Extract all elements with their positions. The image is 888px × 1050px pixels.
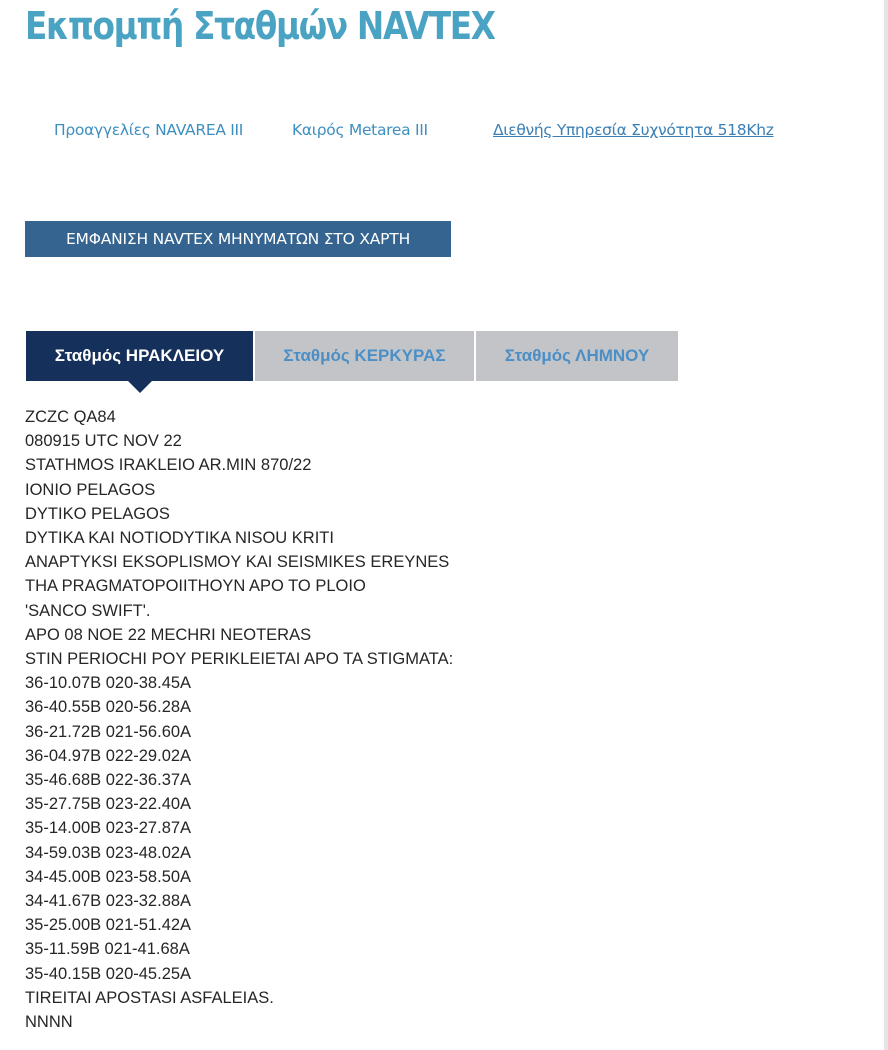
message-line: DYTIKO PELAGOS	[25, 502, 453, 526]
navtex-message: ZCZC QA84080915 UTC NOV 22STATHMOS IRAKL…	[25, 405, 453, 1034]
message-line: 'SANCO SWIFT'.	[25, 599, 453, 623]
nav-links: Προαγγελίες NAVAREA III Καιρός Metarea I…	[0, 119, 888, 141]
message-line: 36-04.97B 022-29.02A	[25, 744, 453, 768]
message-line: 36-10.07B 020-38.45A	[25, 671, 453, 695]
tab-station-kerkyra[interactable]: Σταθμός ΚΕΡΚΥΡΑΣ	[255, 331, 474, 381]
message-line: 35-11.59B 021-41.68A	[25, 937, 453, 961]
link-metarea-weather[interactable]: Καιρός Metarea III	[292, 119, 428, 141]
message-line: 35-25.00B 021-51.42A	[25, 913, 453, 937]
message-line: STIN PERIOCHI POY PERIKLEIETAI APO TA ST…	[25, 647, 453, 671]
link-international-518khz[interactable]: Διεθνής Υπηρεσία Συχνότητα 518Khz	[493, 119, 774, 141]
message-line: NNNN	[25, 1010, 453, 1034]
message-line: THA PRAGMATOPOIITHOYN APO TO PLOIO	[25, 574, 453, 598]
scrollbar-track[interactable]	[884, 0, 888, 1050]
show-messages-on-map-button[interactable]: ΕΜΦΑΝΙΣΗ NAVTEX ΜΗΝΥΜΑΤΩΝ ΣΤΟ ΧΑΡΤΗ	[25, 221, 451, 257]
message-line: 35-46.68B 022-36.37A	[25, 768, 453, 792]
tab-station-limnos[interactable]: Σταθμός ΛΗΜΝΟΥ	[476, 331, 678, 381]
message-line: ANAPTYKSI EKSOPLISMOY KAI SEISMIKES EREY…	[25, 550, 453, 574]
message-line: 080915 UTC NOV 22	[25, 429, 453, 453]
tab-station-irakleio[interactable]: Σταθμός ΗΡΑΚΛΕΙΟΥ	[26, 331, 253, 381]
page-title: Εκπομπή Σταθμών NAVTEX	[25, 2, 495, 50]
message-line: TIREITAI APOSTASI ASFALEIAS.	[25, 986, 453, 1010]
message-line: STATHMOS IRAKLEIO AR.MIN 870/22	[25, 453, 453, 477]
message-line: APO 08 NOE 22 MECHRI NEOTERAS	[25, 623, 453, 647]
message-line: 35-27.75B 023-22.40A	[25, 792, 453, 816]
message-line: 34-41.67B 023-32.88A	[25, 889, 453, 913]
message-line: 35-14.00B 023-27.87A	[25, 816, 453, 840]
message-line: 34-59.03B 023-48.02A	[25, 841, 453, 865]
message-line: 34-45.00B 023-58.50A	[25, 865, 453, 889]
message-line: IONIO PELAGOS	[25, 478, 453, 502]
message-line: 36-21.72B 021-56.60A	[25, 720, 453, 744]
message-line: 35-40.15B 020-45.25A	[25, 962, 453, 986]
link-navarea-forecasts[interactable]: Προαγγελίες NAVAREA III	[54, 119, 243, 141]
message-line: 36-40.55B 020-56.28A	[25, 695, 453, 719]
message-line: ZCZC QA84	[25, 405, 453, 429]
message-line: DYTIKA KAI NOTIODYTIKA NISOU KRITI	[25, 526, 453, 550]
